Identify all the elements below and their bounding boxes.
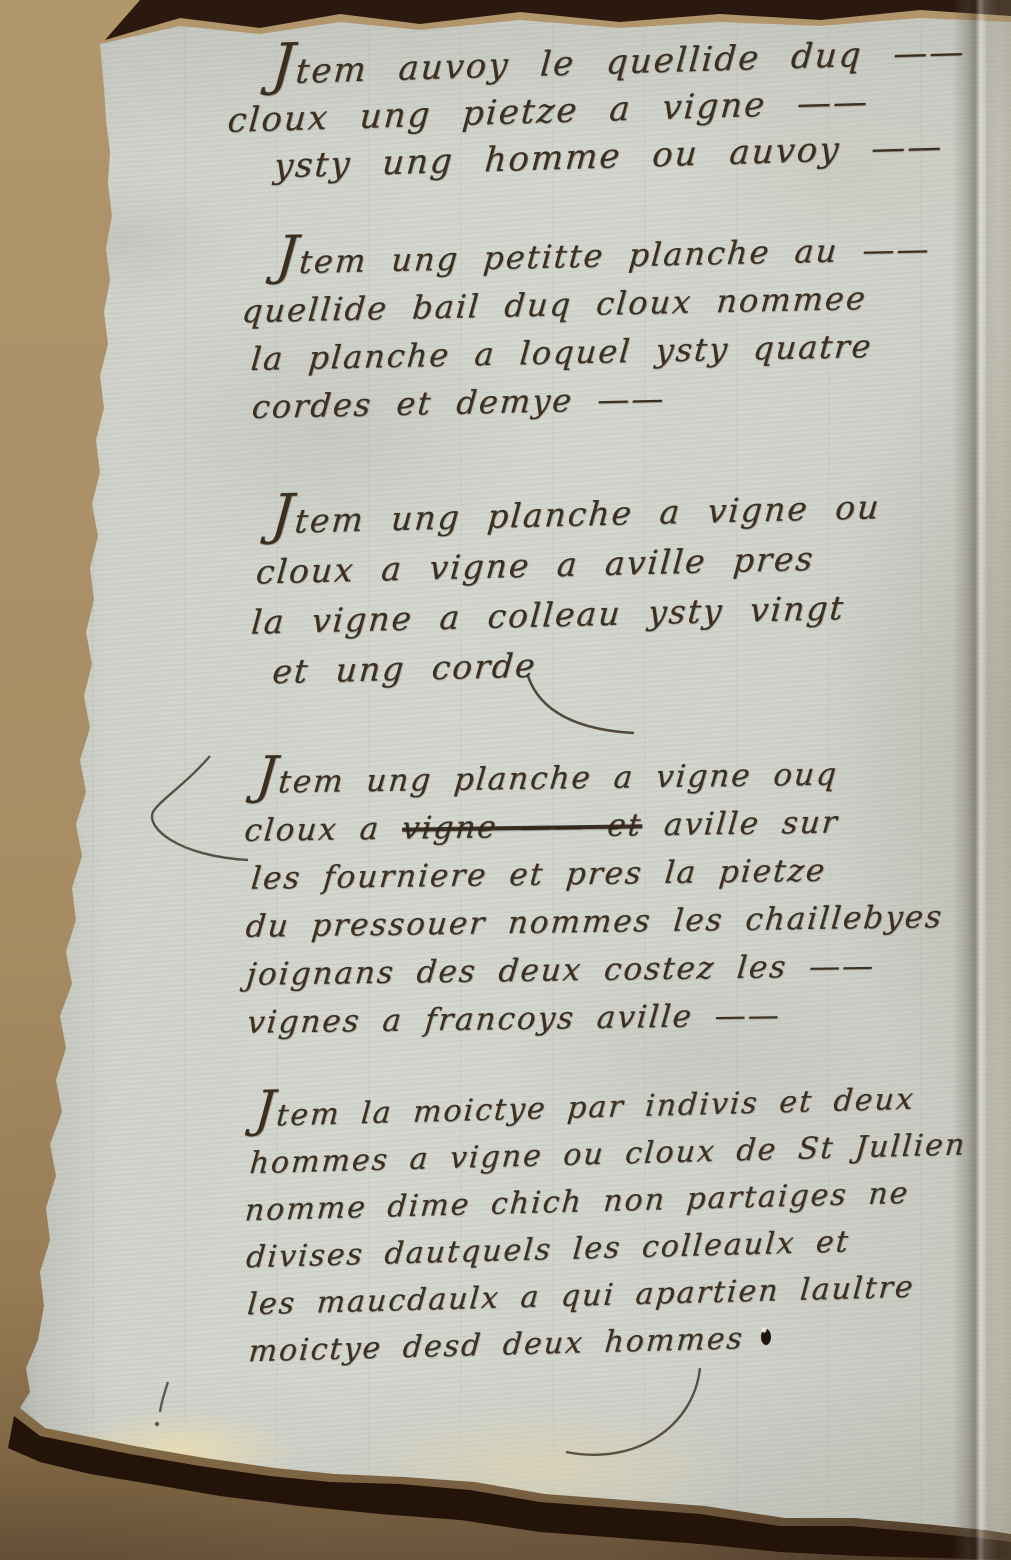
paragraph-5: Jtem la moictye par indivis et deux homm… xyxy=(229,1074,969,1375)
paragraph-4: Jtem ung planche a vigne ouq cloux a vig… xyxy=(241,749,942,1047)
paragraph-2: Jtem ung petitte planche au —— quellide … xyxy=(238,225,931,431)
paragraph-3: Jtem ung planche a vigne ou cloux a vign… xyxy=(246,482,882,697)
line-segment: aville sur xyxy=(641,805,841,844)
manuscript-photograph: Jtem auvoy le quellide duq —— cloux ung … xyxy=(0,0,1011,1560)
struck-through-words: vigne —— et xyxy=(400,807,643,846)
line-segment: cloux a xyxy=(243,811,404,849)
handwritten-text-layer: Jtem auvoy le quellide duq —— cloux ung … xyxy=(0,0,1011,1560)
paragraph-1: Jtem auvoy le quellide duq —— cloux ung … xyxy=(223,29,966,192)
manuscript-line: vignes a francoys aville —— xyxy=(245,989,947,1047)
